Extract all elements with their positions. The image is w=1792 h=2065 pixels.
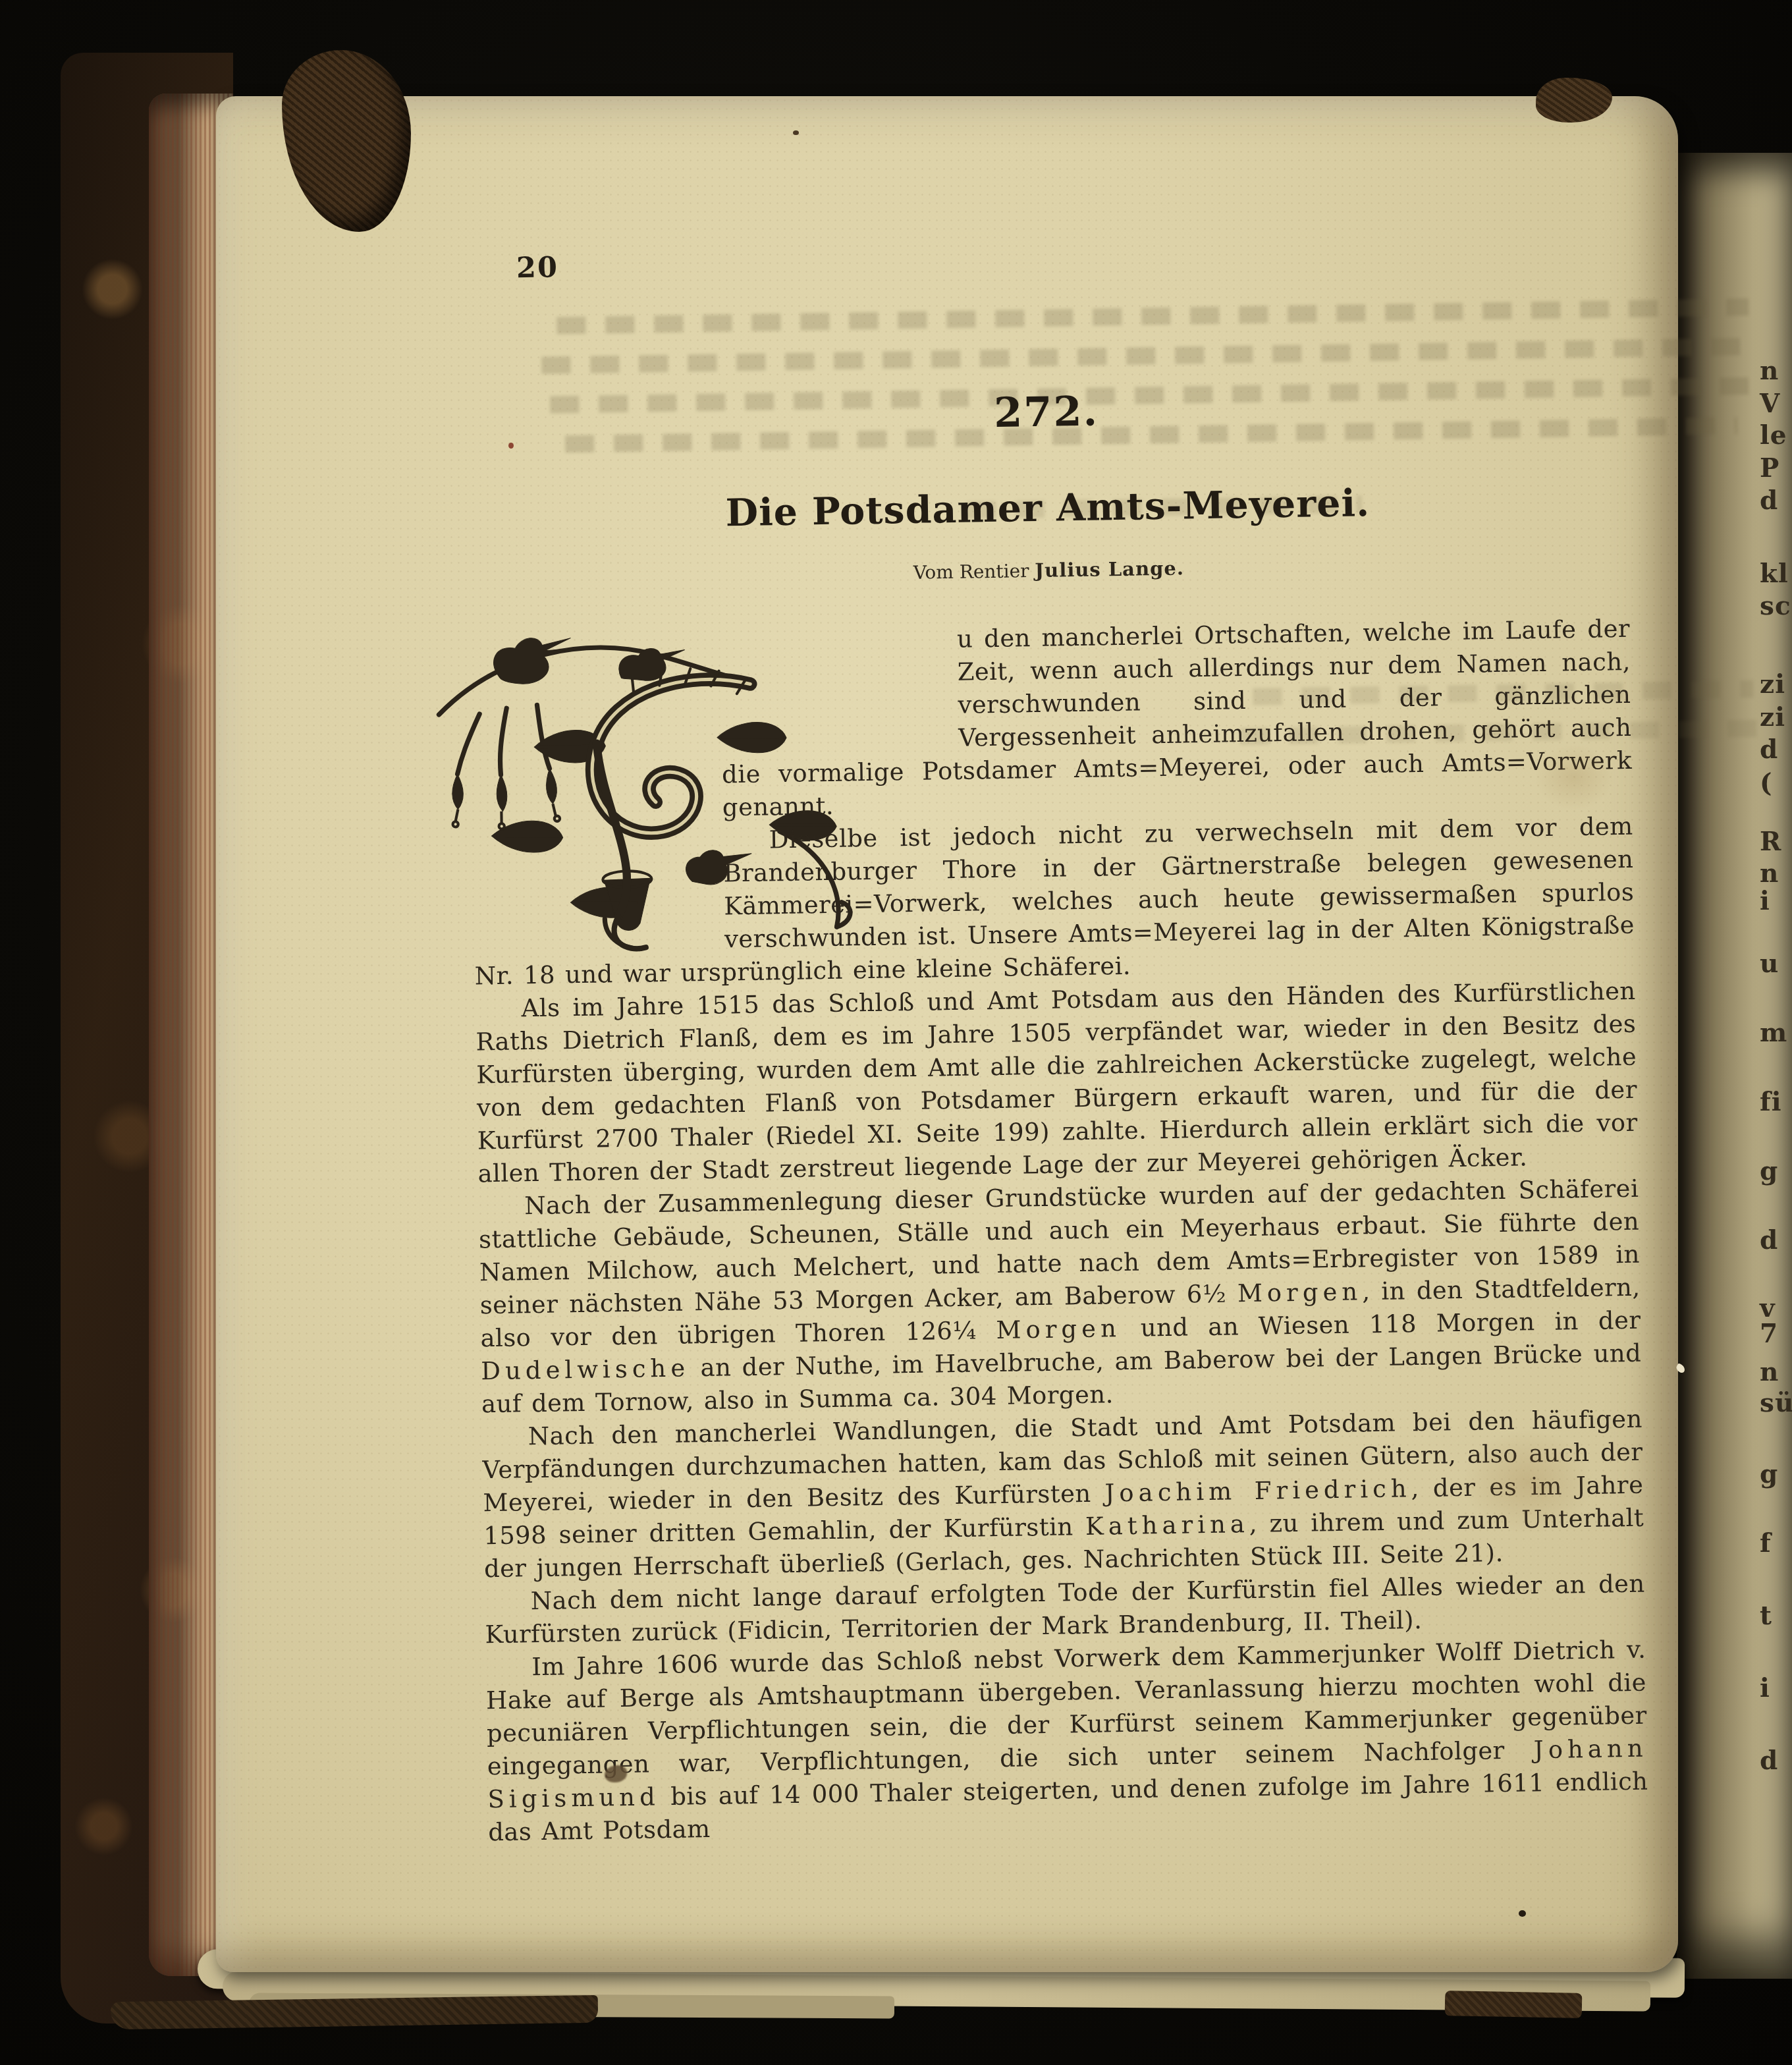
ornament-wrap-spacer (472, 758, 725, 960)
emphasized-name: Dudelwische (481, 1354, 690, 1385)
edge-text-fragment: i (1760, 886, 1770, 916)
text-run: Als im Jahre 1515 das Schloß und Amt Pot… (475, 977, 1638, 1188)
body-text: u den mancherlei Ortschaften, welche im … (470, 613, 1649, 1849)
edge-text-fragment: f (1760, 1528, 1772, 1558)
edge-text-fragment: g (1760, 1459, 1778, 1489)
edge-text-fragment: n (1760, 356, 1779, 386)
text-run: und an Wiesen 118 Morgen in der (1120, 1306, 1641, 1342)
edge-text-fragment: kl (1760, 559, 1789, 589)
edge-text-fragment: n (1760, 1357, 1779, 1387)
red-speck (508, 443, 514, 449)
edge-text-fragment: d (1760, 1746, 1778, 1776)
edge-text-fragment: i (1760, 1673, 1770, 1703)
edge-text-fragment: d (1760, 1225, 1778, 1255)
paper-speck (793, 130, 799, 135)
text-run: Im Jahre 1606 wurde das Schloß nebst Vor… (486, 1636, 1647, 1781)
article-title: Die Potsdamer Amts-Meyerei. (467, 477, 1628, 539)
show-through-text (541, 338, 1756, 374)
edge-text-fragment: le (1760, 420, 1787, 451)
edge-text-fragment: d (1760, 734, 1778, 765)
article-header: 272. Die Potsdamer Amts-Meyerei. Vom Ren… (466, 379, 1629, 591)
edge-text-fragment: t (1760, 1601, 1772, 1631)
paper-speck (1519, 1910, 1526, 1917)
text-run: bis auf 14 000 Thaler steigerten, und de… (488, 1767, 1648, 1847)
edge-text-fragment: ( (1760, 768, 1772, 798)
edge-text-fragment: u (1760, 949, 1779, 979)
edge-text-fragment: d (1760, 485, 1778, 516)
ornament-wrap-spacer (470, 623, 959, 763)
emphasized-name: Katharina (1085, 1510, 1250, 1541)
book-page: 20 272. Die Potsdamer Amts-Meyerei. Vom … (216, 96, 1678, 1972)
edge-text-fragment: zi (1760, 669, 1785, 700)
paragraph-7: Im Jahre 1606 wurde das Schloß nebst Vor… (485, 1634, 1648, 1850)
edge-text-fragment: V (1760, 389, 1780, 419)
edge-text-fragment: fi (1760, 1087, 1782, 1117)
emphasized-name: Morgen (1237, 1277, 1363, 1308)
book-cover-corner (1445, 1991, 1583, 2018)
emphasized-name: Joachim Friedrich (1104, 1474, 1411, 1507)
foxing-stain (1534, 744, 1614, 810)
article-number: 272. (466, 379, 1627, 445)
show-through-text (557, 298, 1749, 334)
page-content: 20 272. Die Potsdamer Amts-Meyerei. Vom … (216, 85, 1707, 1984)
emphasized-name: Morgen (996, 1314, 1121, 1344)
edge-text-fragment: n (1760, 858, 1779, 889)
edge-text-fragment: sc (1760, 591, 1791, 621)
book-cover-bottom-edge (111, 1995, 599, 2029)
edge-text-fragment: g (1760, 1156, 1778, 1186)
edge-text-fragment: zi (1760, 702, 1785, 732)
byline-author: Julius Lange. (1035, 557, 1184, 582)
page-number: 20 (516, 251, 559, 285)
edge-text-fragment: m (1760, 1018, 1787, 1048)
edge-text-fragment: P (1760, 453, 1779, 483)
paragraph-4: Nach der Zusammenlegung dieser Grundstüc… (478, 1172, 1642, 1421)
edge-text-fragment: sü (1760, 1388, 1792, 1418)
foxing-stain (1462, 1429, 1594, 1535)
paragraph-3: Als im Jahre 1515 das Schloß und Amt Pot… (475, 975, 1638, 1191)
article-byline: Vom Rentier Julius Lange. (468, 550, 1629, 591)
photographed-book-page: nVlePdklsczizid(Rniumfigdv7nsügftid 20 2… (0, 0, 1792, 2065)
edge-text-fragment: 7 (1760, 1319, 1778, 1349)
edge-text-fragment: R (1760, 827, 1781, 857)
byline-prefix: Vom Rentier (913, 560, 1035, 584)
